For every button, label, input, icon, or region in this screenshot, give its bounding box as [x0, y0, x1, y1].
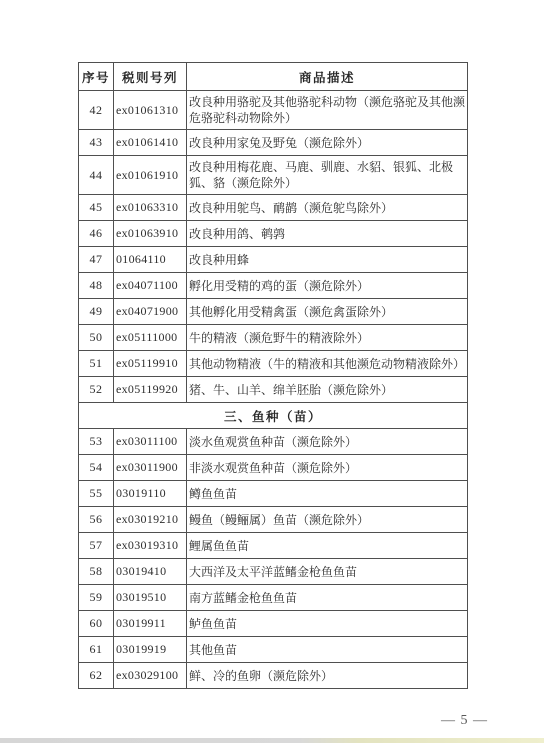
code-cell: ex04071900: [114, 299, 187, 325]
serial-cell: 57: [79, 533, 114, 559]
table-row: 42ex01061310改良种用骆驼及其他骆驼科动物（濒危骆驼及其他濒危骆驼科动…: [79, 91, 468, 130]
code-cell: ex01061310: [114, 91, 187, 130]
table-row: 4701064110改良种用蜂: [79, 247, 468, 273]
table-row: 50ex05111000牛的精液（濒危野牛的精液除外）: [79, 325, 468, 351]
code-cell: ex05119920: [114, 377, 187, 403]
description-cell: 猪、牛、山羊、绵羊胚胎（濒危除外）: [187, 377, 468, 403]
table-row: 53ex03011100淡水鱼观赏鱼种苗（濒危除外）: [79, 429, 468, 455]
description-cell: 改良种用梅花鹿、马鹿、驯鹿、水貂、银狐、北极狐、貉（濒危除外）: [187, 156, 468, 195]
table-row: 44ex01061910改良种用梅花鹿、马鹿、驯鹿、水貂、银狐、北极狐、貉（濒危…: [79, 156, 468, 195]
serial-cell: 48: [79, 273, 114, 299]
col-header-description: 商品描述: [187, 63, 468, 91]
code-cell: ex05111000: [114, 325, 187, 351]
serial-cell: 52: [79, 377, 114, 403]
code-cell: ex01061910: [114, 156, 187, 195]
table-row: 52ex05119920猪、牛、山羊、绵羊胚胎（濒危除外）: [79, 377, 468, 403]
section-title: 三、鱼种（苗）: [79, 403, 468, 429]
description-cell: 牛的精液（濒危野牛的精液除外）: [187, 325, 468, 351]
col-header-serial: 序号: [79, 63, 114, 91]
description-cell: 非淡水观赏鱼种苗（濒危除外）: [187, 455, 468, 481]
code-cell: ex03011900: [114, 455, 187, 481]
page-number: — 5 —: [441, 713, 488, 729]
serial-cell: 47: [79, 247, 114, 273]
serial-cell: 50: [79, 325, 114, 351]
serial-cell: 56: [79, 507, 114, 533]
page-bottom-edge: [0, 738, 544, 743]
description-cell: 改良种用骆驼及其他骆驼科动物（濒危骆驼及其他濒危骆驼科动物除外）: [187, 91, 468, 130]
description-cell: 其他孵化用受精禽蛋（濒危禽蛋除外）: [187, 299, 468, 325]
description-cell: 其他鱼苗: [187, 637, 468, 663]
table-row: 43ex01061410改良种用家兔及野兔（濒危除外）: [79, 130, 468, 156]
description-cell: 鲜、冷的鱼卵（濒危除外）: [187, 663, 468, 689]
code-cell: 03019410: [114, 559, 187, 585]
description-cell: 改良种用鸽、鹌鹑: [187, 221, 468, 247]
serial-cell: 62: [79, 663, 114, 689]
code-cell: ex01063310: [114, 195, 187, 221]
serial-cell: 46: [79, 221, 114, 247]
description-cell: 淡水鱼观赏鱼种苗（濒危除外）: [187, 429, 468, 455]
serial-cell: 61: [79, 637, 114, 663]
table-row: 62ex03029100鲜、冷的鱼卵（濒危除外）: [79, 663, 468, 689]
serial-cell: 53: [79, 429, 114, 455]
code-cell: 03019110: [114, 481, 187, 507]
code-cell: ex01063910: [114, 221, 187, 247]
serial-cell: 59: [79, 585, 114, 611]
code-cell: 03019919: [114, 637, 187, 663]
table-row: 54ex03011900非淡水观赏鱼种苗（濒危除外）: [79, 455, 468, 481]
description-cell: 改良种用蜂: [187, 247, 468, 273]
document-page: 序号 税则号列 商品描述 42ex01061310改良种用骆驼及其他骆驼科动物（…: [0, 0, 544, 743]
code-cell: ex05119910: [114, 351, 187, 377]
section-header-row: 三、鱼种（苗）: [79, 403, 468, 429]
description-cell: 鲤属鱼鱼苗: [187, 533, 468, 559]
code-cell: ex03019210: [114, 507, 187, 533]
serial-cell: 45: [79, 195, 114, 221]
col-header-tariff-code: 税则号列: [114, 63, 187, 91]
description-cell: 改良种用家兔及野兔（濒危除外）: [187, 130, 468, 156]
serial-cell: 42: [79, 91, 114, 130]
description-cell: 大西洋及太平洋蓝鳍金枪鱼鱼苗: [187, 559, 468, 585]
code-cell: ex03029100: [114, 663, 187, 689]
serial-cell: 55: [79, 481, 114, 507]
description-cell: 其他动物精液（牛的精液和其他濒危动物精液除外）: [187, 351, 468, 377]
description-cell: 鳟鱼鱼苗: [187, 481, 468, 507]
code-cell: ex03011100: [114, 429, 187, 455]
code-cell: ex03019310: [114, 533, 187, 559]
code-cell: 03019510: [114, 585, 187, 611]
table-row: 5803019410大西洋及太平洋蓝鳍金枪鱼鱼苗: [79, 559, 468, 585]
serial-cell: 51: [79, 351, 114, 377]
tariff-table: 序号 税则号列 商品描述 42ex01061310改良种用骆驼及其他骆驼科动物（…: [78, 62, 468, 689]
table-header-row: 序号 税则号列 商品描述: [79, 63, 468, 91]
serial-cell: 54: [79, 455, 114, 481]
serial-cell: 44: [79, 156, 114, 195]
serial-cell: 58: [79, 559, 114, 585]
table-row: 6003019911鲈鱼鱼苗: [79, 611, 468, 637]
table-row: 46ex01063910改良种用鸽、鹌鹑: [79, 221, 468, 247]
table-row: 5503019110鳟鱼鱼苗: [79, 481, 468, 507]
table-row: 51ex05119910其他动物精液（牛的精液和其他濒危动物精液除外）: [79, 351, 468, 377]
description-cell: 鳗鱼（鳗鲡属）鱼苗（濒危除外）: [187, 507, 468, 533]
table-row: 5903019510南方蓝鳍金枪鱼鱼苗: [79, 585, 468, 611]
description-cell: 孵化用受精的鸡的蛋（濒危除外）: [187, 273, 468, 299]
table-row: 56ex03019210鳗鱼（鳗鲡属）鱼苗（濒危除外）: [79, 507, 468, 533]
serial-cell: 60: [79, 611, 114, 637]
code-cell: ex01061410: [114, 130, 187, 156]
description-cell: 南方蓝鳍金枪鱼鱼苗: [187, 585, 468, 611]
table-row: 48ex04071100孵化用受精的鸡的蛋（濒危除外）: [79, 273, 468, 299]
table-row: 49ex04071900其他孵化用受精禽蛋（濒危禽蛋除外）: [79, 299, 468, 325]
code-cell: 01064110: [114, 247, 187, 273]
table-row: 6103019919其他鱼苗: [79, 637, 468, 663]
description-cell: 改良种用鸵鸟、鸸鹋（濒危鸵鸟除外）: [187, 195, 468, 221]
serial-cell: 49: [79, 299, 114, 325]
table-row: 57ex03019310鲤属鱼鱼苗: [79, 533, 468, 559]
serial-cell: 43: [79, 130, 114, 156]
code-cell: ex04071100: [114, 273, 187, 299]
description-cell: 鲈鱼鱼苗: [187, 611, 468, 637]
table-row: 45ex01063310改良种用鸵鸟、鸸鹋（濒危鸵鸟除外）: [79, 195, 468, 221]
code-cell: 03019911: [114, 611, 187, 637]
